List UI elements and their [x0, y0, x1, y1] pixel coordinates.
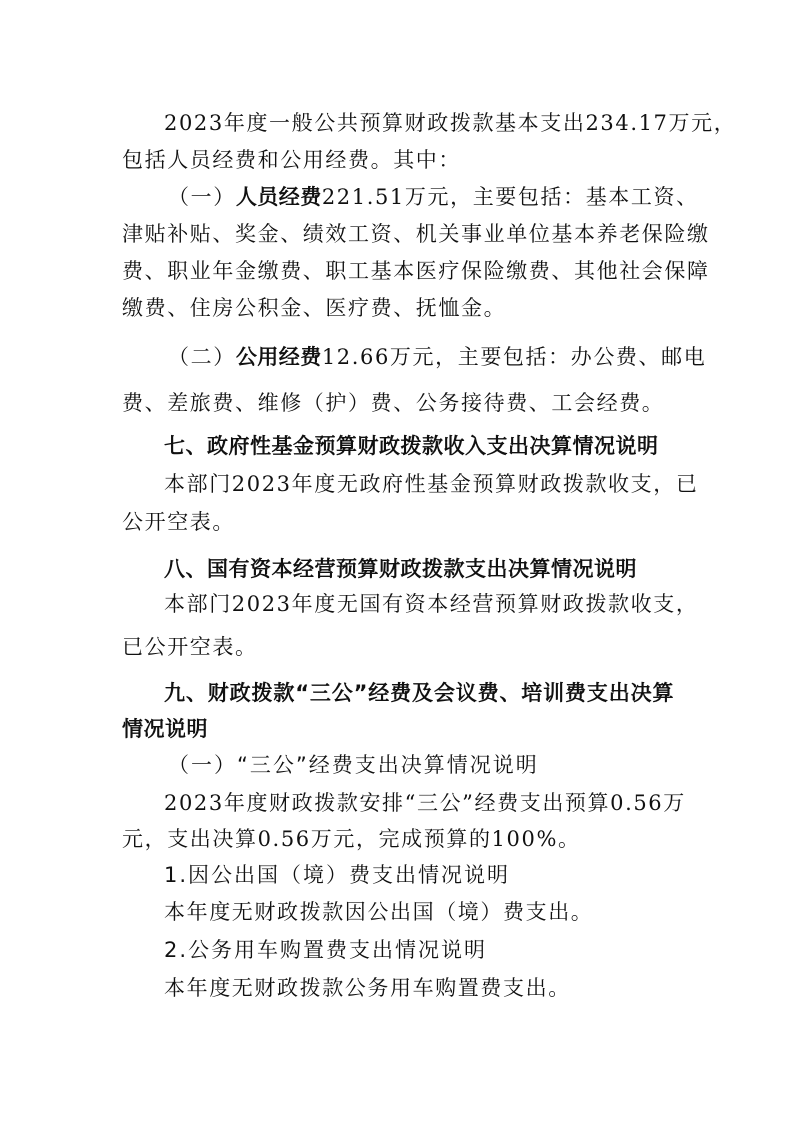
public-expense-line-1: （二）公用经费12.66万元，主要包括：办公费、邮电 [168, 344, 720, 370]
section-8-line-1: 本部门2023年度无国有资本经营预算财政拨款收支， [164, 591, 674, 617]
section-9-sub-1-title: （一）“三公”经费支出决算情况说明 [168, 752, 720, 778]
item-2-text: 本年度无财政拨款公务用车购置费支出。 [164, 975, 674, 1001]
section-9-sub-1-line-1: 2023年度财政拨款安排“三公”经费支出预算0.56万 [164, 790, 674, 816]
section-9-heading-line-1: 九、财政拨款“三公”经费及会议费、培训费支出决算 [164, 680, 674, 706]
section-7-heading: 七、政府性基金预算财政拨款收入支出决算情况说明 [164, 433, 674, 459]
public-prefix: （二） [168, 345, 236, 369]
section-9-sub-1-line-2: 元，支出决算0.56万元，完成预算的100%。 [122, 826, 674, 852]
section-9-heading-line-2: 情况说明 [122, 716, 674, 742]
personnel-label: 人员经费 [236, 185, 322, 209]
personnel-expense-line-3: 费、职业年金缴费、职工基本医疗保险缴费、其他社会保障 [122, 258, 674, 284]
public-expense-line-2: 费、差旅费、维修（护）费、公务接待费、工会经费。 [122, 390, 674, 416]
personnel-expense-line-1: （一）人员经费221.51万元，主要包括：基本工资、 [168, 184, 720, 210]
public-amount-text: 12.66万元，主要包括：办公费、邮电 [322, 345, 707, 369]
item-1-title: 1.因公出国（境）费支出情况说明 [164, 862, 674, 888]
section-7-line-1: 本部门2023年度无政府性基金预算财政拨款收支，已 [164, 471, 674, 497]
personnel-expense-line-2: 津贴补贴、奖金、绩效工资、机关事业单位基本养老保险缴 [122, 221, 674, 247]
section-7-line-2: 公开空表。 [122, 509, 674, 535]
personnel-prefix: （一） [168, 185, 236, 209]
public-label: 公用经费 [236, 345, 322, 369]
personnel-expense-line-4: 缴费、住房公积金、医疗费、抚恤金。 [122, 295, 674, 321]
item-2-title: 2.公务用车购置费支出情况说明 [164, 937, 674, 963]
item-1-text: 本年度无财政拨款因公出国（境）费支出。 [164, 899, 674, 925]
basic-expense-line-1: 2023年度一般公共预算财政拨款基本支出234.17万元， [164, 110, 674, 136]
section-8-heading: 八、国有资本经营预算财政拨款支出决算情况说明 [164, 556, 674, 582]
basic-expense-line-2: 包括人员经费和公用经费。其中： [122, 147, 674, 173]
personnel-amount-text: 221.51万元，主要包括：基本工资、 [322, 185, 699, 209]
document-page: 2023年度一般公共预算财政拨款基本支出234.17万元， 包括人员经费和公用经… [0, 0, 793, 1122]
section-8-line-2: 已公开空表。 [122, 634, 674, 660]
